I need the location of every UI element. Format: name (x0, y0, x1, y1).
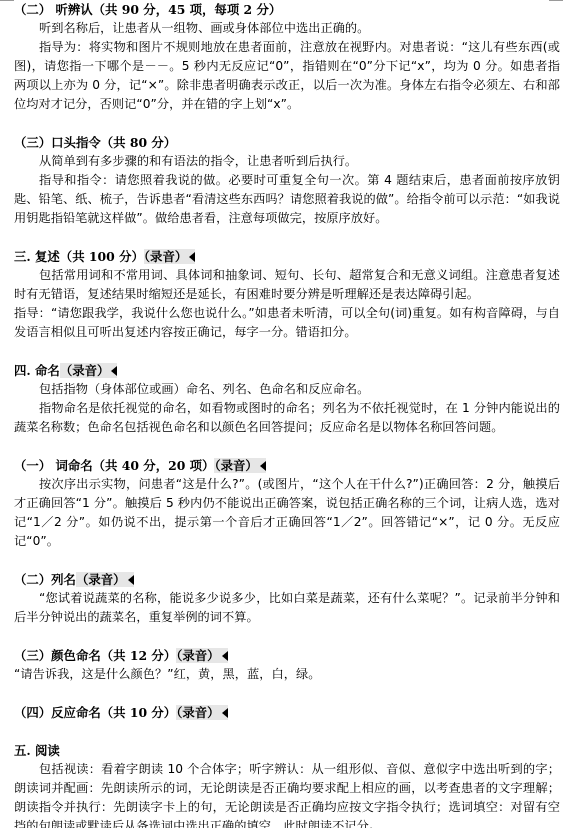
section-list-naming: （二）列名（录音） “您试着说蔬菜的名称，能说多少说多少，比如白菜是蔬菜，还有什… (14, 570, 560, 627)
section-responsive-naming: （四）反应命名（共 10 分）（录音） (14, 703, 560, 722)
paragraph: 指导：“请您跟我学，我说什么您也说什么。”如患者未听清，可以全句(词)重复。如有… (14, 304, 560, 342)
paragraph: “请告诉我，这是什么颜色？”红，黄，黑，蓝，白，绿。 (14, 665, 560, 684)
page-corner-mark (0, 0, 14, 1)
speaker-icon[interactable] (260, 461, 266, 471)
paragraph: 指导和指令：请您照着我说的做。必要时可重复全句一次。第 4 题结束后，患者面前按… (14, 171, 560, 228)
paragraph: “您试着说蔬菜的名称，能说多少说多少，比如白菜是蔬菜，还有什么菜呢？”。记录前半… (14, 589, 560, 627)
paragraph: 从简单到有多步骤的和有语法的指令，让患者听到后执行。 (14, 152, 560, 171)
section-heading: （四）反应命名（共 10 分）（录音） (14, 703, 560, 722)
speaker-icon[interactable] (189, 252, 195, 262)
section-repetition: 三. 复述（共 100 分）（录音） 包括常用词和不常用词、具体词和抽象词、短句… (14, 247, 560, 342)
section-color-naming: （三）颜色命名（共 12 分）（录音） “请告诉我，这是什么颜色？”红，黄，黑，… (14, 646, 560, 684)
speaker-icon[interactable] (222, 651, 228, 661)
section-reading: 五. 阅读 包括视读：看着字朗读 10 个合体字；听字辨认：从一组形似、音似、意… (14, 741, 560, 828)
audio-link[interactable]: （录音） (214, 458, 265, 473)
audio-label: （录音） (176, 648, 219, 663)
audio-link[interactable]: （录音） (176, 648, 227, 663)
audio-link[interactable]: （录音） (76, 572, 134, 587)
section-heading: 三. 复述（共 100 分）（录音） (14, 247, 560, 266)
heading-text: （四）反应命名（共 10 分） (14, 705, 176, 720)
section-heading: （一） 词命名（共 40 分，20 项）（录音） (14, 456, 560, 475)
section-naming: 四. 命名（录音） 包括指物（身体部位或画）命名、列名、色命名和反应命名。 指物… (14, 361, 560, 437)
section-heading: 五. 阅读 (14, 741, 560, 760)
paragraph: 指导为：将实物和图片不规则地放在患者面前，注意放在视野内。对患者说：“这儿有些东… (14, 38, 560, 114)
heading-text: （二）列名 (14, 572, 76, 587)
heading-text: （一） 词命名（共 40 分，20 项） (14, 458, 214, 473)
paragraph: 包括视读：看着字朗读 10 个合体字；听字辨认：从一组形似、音似、意似字中选出听… (14, 760, 560, 828)
speaker-icon[interactable] (222, 708, 228, 718)
heading-text: 四. 命名 (14, 363, 60, 378)
audio-label: （录音） (60, 363, 110, 378)
section-verbal-commands: （三）口头指令（共 80 分） 从简单到有多步骤的和有语法的指令，让患者听到后执… (14, 133, 560, 228)
heading-text: （三）颜色命名（共 12 分） (14, 648, 176, 663)
paragraph: 指物命名是依托视觉的命名，如看物或图时的命名；列名为不依托视觉时，在 1 分钟内… (14, 399, 560, 437)
audio-label: （录音） (144, 249, 187, 264)
section-heading: （二）列名（录音） (14, 570, 560, 589)
paragraph: 包括指物（身体部位或画）命名、列名、色命名和反应命名。 (14, 380, 560, 399)
document-body: （二） 听辨认（共 90 分，45 项，每项 2 分） 听到名称后，让患者从一组… (14, 0, 560, 828)
audio-label: （录音） (176, 705, 219, 720)
section-heading: 四. 命名（录音） (14, 361, 560, 380)
section-heading: （二） 听辨认（共 90 分，45 项，每项 2 分） (14, 0, 560, 19)
audio-link[interactable]: （录音） (60, 363, 118, 378)
audio-label: （录音） (76, 572, 126, 587)
section-heading: （三）颜色命名（共 12 分）（录音） (14, 646, 560, 665)
section-listening-recognition: （二） 听辨认（共 90 分，45 项，每项 2 分） 听到名称后，让患者从一组… (14, 0, 560, 114)
paragraph: 听到名称后，让患者从一组物、画或身体部位中选出正确的。 (14, 19, 560, 38)
speaker-icon[interactable] (128, 575, 134, 585)
speaker-icon[interactable] (111, 366, 117, 376)
heading-text: 三. 复述（共 100 分） (14, 249, 144, 264)
audio-label: （录音） (214, 458, 257, 473)
section-word-naming: （一） 词命名（共 40 分，20 项）（录音） 按次序出示实物，问患者“这是什… (14, 456, 560, 551)
audio-link[interactable]: （录音） (144, 249, 195, 264)
paragraph: 包括常用词和不常用词、具体词和抽象词、短句、长句、超常复合和无意义词组。注意患者… (14, 266, 560, 304)
section-heading: （三）口头指令（共 80 分） (14, 133, 560, 152)
paragraph: 按次序出示实物，问患者“这是什么?”。(或图片，“这个人在干什么?”)正确回答：… (14, 475, 560, 551)
audio-link[interactable]: （录音） (176, 705, 227, 720)
